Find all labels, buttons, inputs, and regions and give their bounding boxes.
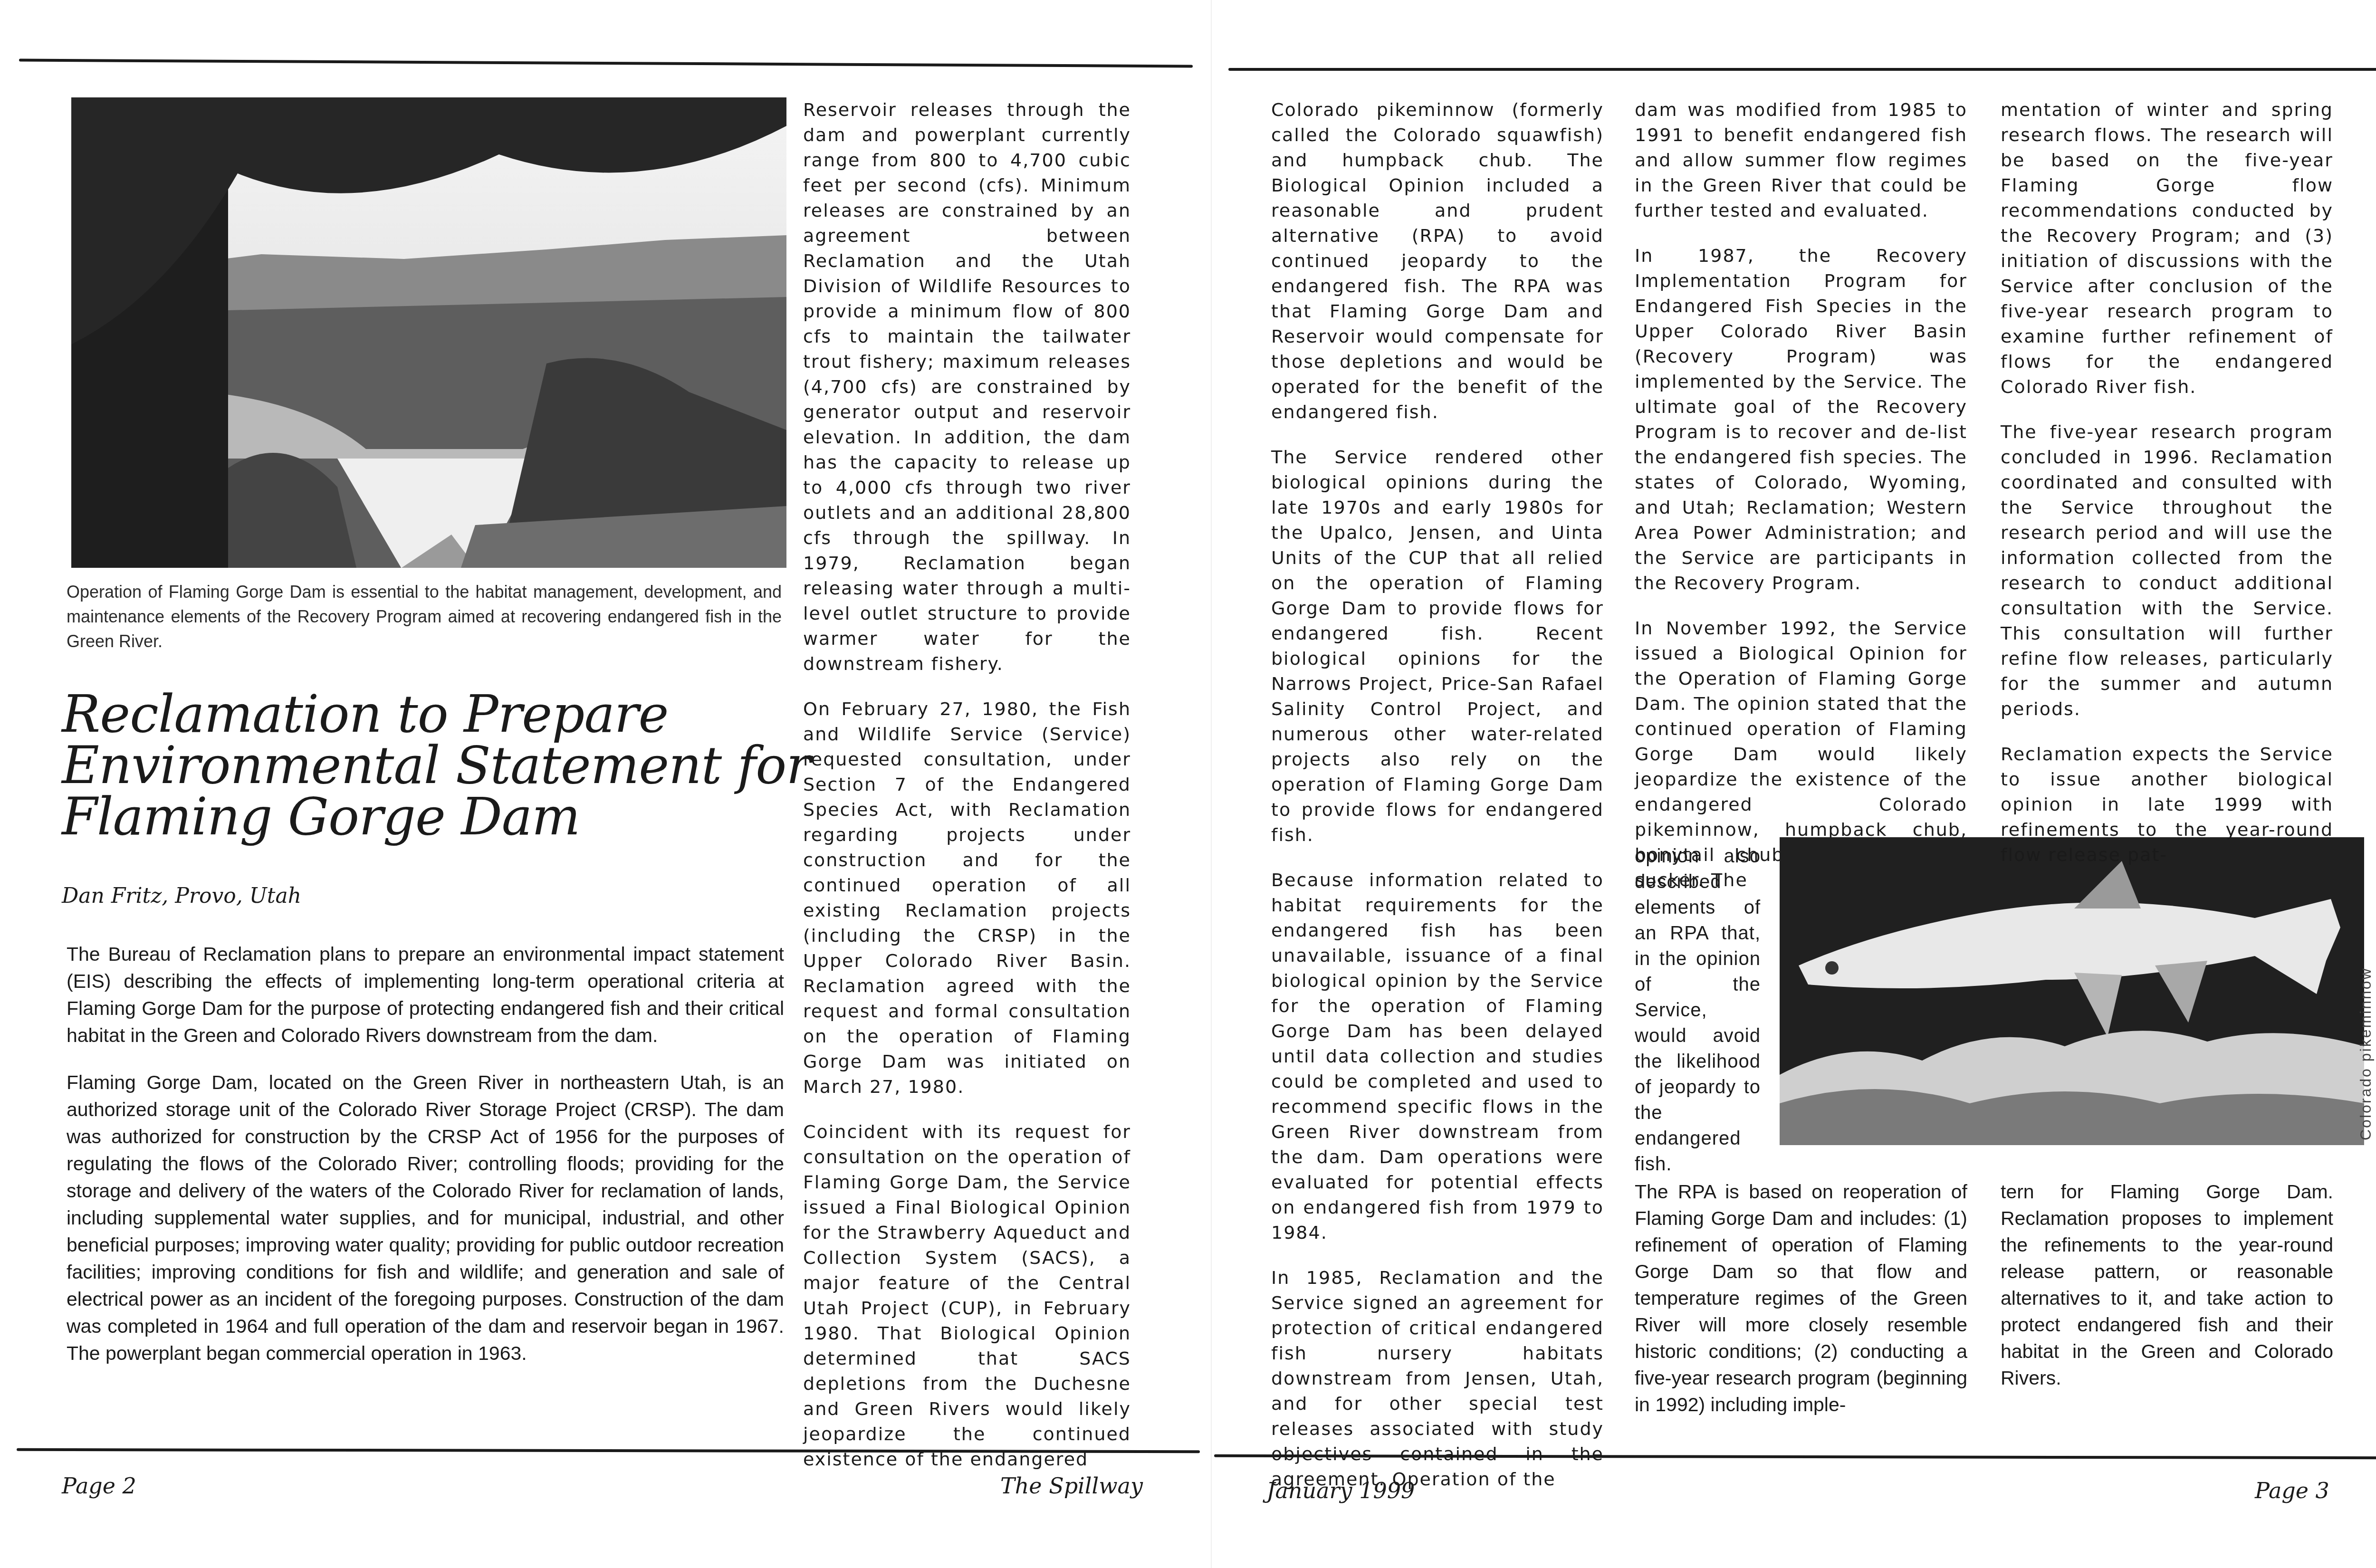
paragraph: Because information related to habitat r… bbox=[1271, 868, 1604, 1245]
paragraph: The five-year research program concluded… bbox=[2001, 420, 2333, 722]
paragraph: Reclamation expects the Service to issue… bbox=[2001, 742, 2333, 868]
page-gutter bbox=[1211, 0, 1212, 1568]
column-4-narrow-wrap: opinion also described elements of an RP… bbox=[1635, 843, 1761, 1177]
colorado-pikeminnow-image bbox=[1780, 837, 2364, 1145]
paragraph: In 1987, the Recovery Implementation Pro… bbox=[1635, 243, 1967, 596]
paragraph: dam was modified from 1985 to 1991 to be… bbox=[1635, 97, 1967, 223]
top-rule-right bbox=[1228, 68, 2376, 71]
article-byline: Dan Fritz, Provo, Utah bbox=[62, 884, 301, 908]
column-4: dam was modified from 1985 to 1991 to be… bbox=[1635, 97, 1967, 893]
column-5-after-photo: tern for Flaming Gorge Dam. Reclamation … bbox=[2001, 1178, 2333, 1391]
paragraph: In 1985, Reclamation and the Service sig… bbox=[1271, 1265, 1604, 1492]
footer-publication-name: The Spillway bbox=[1000, 1473, 1143, 1499]
column-5: mentation of winter and spring research … bbox=[2001, 97, 2333, 868]
paragraph: Coincident with its request for consulta… bbox=[803, 1119, 1131, 1472]
paragraph: Reservoir releases through the dam and p… bbox=[803, 97, 1131, 677]
column-4-after-photo: The RPA is based on reoperation of Flami… bbox=[1635, 1178, 1967, 1418]
footer-page-number-left: Page 2 bbox=[62, 1473, 136, 1499]
article-title-line-1: Reclamation to Prepare bbox=[62, 689, 727, 740]
article-title: Reclamation to Prepare Environmental Sta… bbox=[62, 689, 727, 843]
dam-photo bbox=[71, 97, 786, 568]
column-1: The Bureau of Reclamation plans to prepa… bbox=[67, 941, 784, 1367]
fish-photo-credit: Colorado pikeminnow bbox=[2357, 967, 2375, 1140]
dam-landscape-image bbox=[71, 97, 786, 568]
paragraph: On February 27, 1980, the Fish and Wildl… bbox=[803, 697, 1131, 1100]
paragraph: mentation of winter and spring research … bbox=[2001, 97, 2333, 400]
footer-issue-date: January 1999 bbox=[1266, 1478, 1415, 1503]
dam-photo-caption: Operation of Flaming Gorge Dam is essent… bbox=[67, 580, 782, 654]
fish-photo bbox=[1780, 837, 2364, 1145]
column-3: Colorado pikeminnow (formerly called the… bbox=[1271, 97, 1604, 1492]
article-title-line-3: Flaming Gorge Dam bbox=[62, 792, 727, 843]
footer-page-number-right: Page 3 bbox=[2255, 1478, 2329, 1503]
paragraph: The Bureau of Reclamation plans to prepa… bbox=[67, 941, 784, 1049]
paragraph: Colorado pikeminnow (formerly called the… bbox=[1271, 97, 1604, 425]
paragraph: Flaming Gorge Dam, located on the Green … bbox=[67, 1069, 784, 1367]
top-rule-left bbox=[19, 59, 1193, 68]
paragraph: The Service rendered other biological op… bbox=[1271, 445, 1604, 848]
article-title-line-2: Environmental Statement for bbox=[62, 740, 727, 792]
column-2: Reservoir releases through the dam and p… bbox=[803, 97, 1131, 1472]
